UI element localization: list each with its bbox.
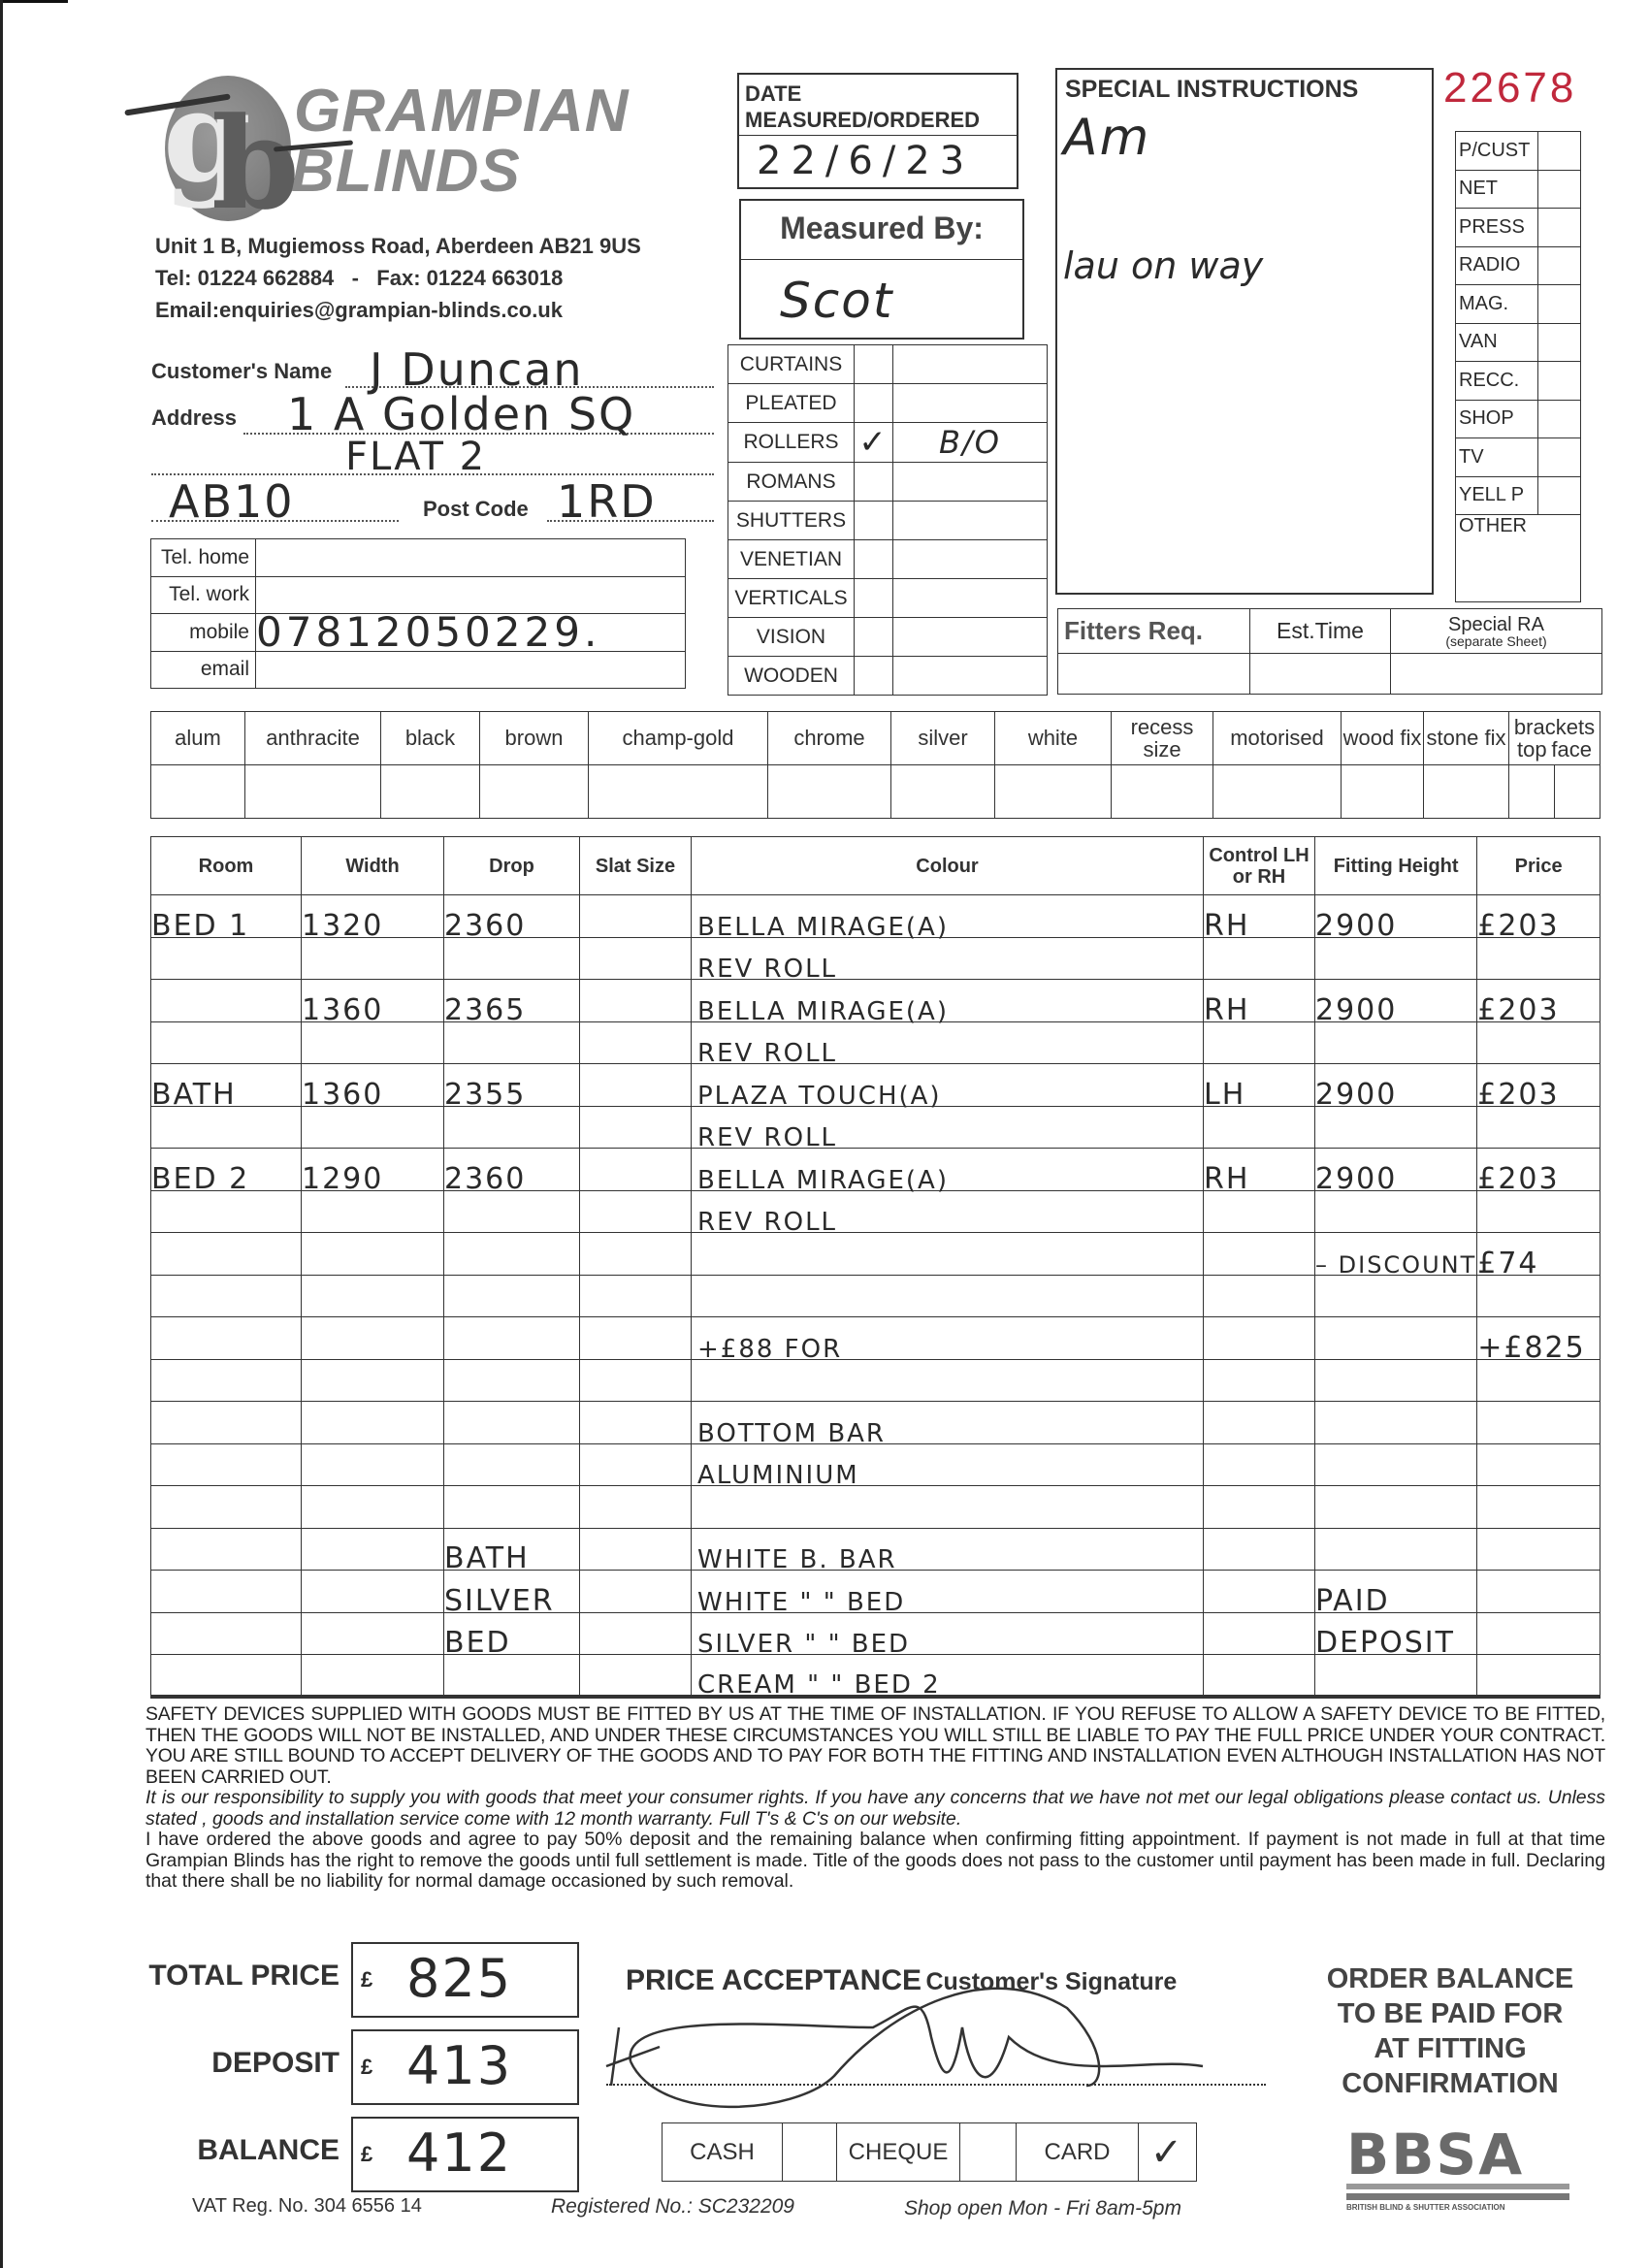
blind-type-note[interactable] (893, 384, 1048, 423)
lead-source-row[interactable]: RADIO (1456, 246, 1581, 285)
blind-type-check[interactable] (855, 502, 893, 540)
cell-slat-size[interactable] (580, 1106, 692, 1149)
blind-type-check[interactable] (855, 384, 893, 423)
cell-colour[interactable] (692, 1486, 1204, 1529)
blind-type-check[interactable] (855, 463, 893, 502)
cell-width[interactable] (302, 1359, 444, 1402)
payment-cheque-checkbox[interactable] (960, 2123, 1017, 2182)
cell-room[interactable] (151, 980, 302, 1022)
cell-text: REV ROLL (697, 1039, 837, 1068)
lead-source-row[interactable]: TV (1456, 438, 1581, 477)
postcode-value[interactable]: 1RD (557, 475, 657, 528)
cell-control[interactable]: LH (1204, 1064, 1315, 1107)
blind-type-row[interactable]: SHUTTERS (728, 502, 1048, 540)
cell-fitting-height[interactable] (1315, 937, 1477, 980)
vat-number: VAT Reg. No. 304 6556 14 (192, 2195, 422, 2218)
bbsa-stripe-icon (1346, 2193, 1569, 2200)
cell-price[interactable]: £203 (1477, 895, 1600, 938)
cell-room[interactable] (151, 1359, 302, 1402)
cell-colour[interactable]: REV ROLL (692, 1190, 1204, 1233)
cell-text: 2900 (1315, 909, 1397, 943)
cell-control[interactable] (1204, 1021, 1315, 1064)
table-row (151, 1486, 1600, 1529)
cell-room[interactable] (151, 1275, 302, 1317)
cell-slat-size[interactable] (580, 1528, 692, 1571)
cell-room[interactable] (151, 1486, 302, 1529)
cell-price[interactable] (1477, 1443, 1600, 1486)
lead-source-row[interactable]: YELL P (1456, 476, 1581, 515)
cell-text: £203 (1477, 909, 1559, 943)
blind-type-check[interactable] (855, 657, 893, 696)
lead-source-row[interactable]: RECC. (1456, 362, 1581, 401)
cell-control[interactable] (1204, 1443, 1315, 1486)
blind-type-row[interactable]: ROLLERS✓B/O (728, 423, 1048, 463)
cell-text: £74 (1477, 1247, 1538, 1280)
cell-room[interactable] (151, 1571, 302, 1613)
option-header: motorised (1213, 712, 1342, 765)
lead-source-other[interactable]: OTHER (1456, 515, 1581, 602)
cell-width[interactable] (302, 1571, 444, 1613)
cell-slat-size[interactable] (580, 1275, 692, 1317)
cell-fitting-height[interactable] (1315, 1359, 1477, 1402)
blind-type-label: PLEATED (728, 384, 855, 423)
cell-text: RH (1204, 993, 1249, 1027)
option-value-cell[interactable] (1213, 765, 1342, 819)
cell-colour[interactable]: REV ROLL (692, 1021, 1204, 1064)
order-balance-line: ORDER BALANCE (1300, 1961, 1600, 1996)
cell-text: WHITE " " BED (697, 1588, 905, 1617)
lead-source-row[interactable]: SHOP (1456, 400, 1581, 438)
cell-slat-size[interactable] (580, 1612, 692, 1655)
cell-width[interactable] (302, 1402, 444, 1444)
payment-cash-checkbox[interactable] (783, 2123, 837, 2182)
cell-price[interactable] (1477, 1655, 1600, 1698)
cell-control[interactable] (1204, 1275, 1315, 1317)
cell-drop[interactable] (444, 937, 580, 980)
cell-price[interactable]: +£825 (1477, 1317, 1600, 1360)
cell-control[interactable] (1204, 1317, 1315, 1360)
table-row: 13602365BELLA MIRAGE(A)RH2900£203 (151, 980, 1600, 1022)
cell-drop[interactable]: BED (444, 1612, 580, 1655)
cell-control[interactable] (1204, 937, 1315, 980)
cell-text: BOTTOM BAR (697, 1419, 886, 1448)
cell-colour[interactable]: +£88 FOR (692, 1317, 1204, 1360)
cell-slat-size[interactable] (580, 937, 692, 980)
date-box: DATE MEASURED/ORDERED 22/6/23 (737, 73, 1018, 189)
option-value-cell[interactable] (480, 765, 589, 819)
cell-fitting-height[interactable]: 2900 (1315, 980, 1477, 1022)
special-ra-label: Special RA (1391, 615, 1601, 634)
cell-control[interactable] (1204, 1655, 1315, 1698)
date-value[interactable]: 22/6/23 (757, 139, 974, 183)
cell-text: BATH (444, 1541, 530, 1575)
logo-name-line2: BLINDS (291, 142, 521, 202)
cell-fitting-height[interactable] (1315, 1528, 1477, 1571)
payment-card-checkbox[interactable]: ✓ (1139, 2123, 1197, 2182)
cell-room[interactable] (151, 1106, 302, 1149)
total-price-value: 825 (406, 1948, 512, 2009)
cell-drop[interactable] (444, 1233, 580, 1276)
cell-colour[interactable]: BELLA MIRAGE(A) (692, 895, 1204, 938)
cell-width[interactable]: 1290 (302, 1149, 444, 1191)
col-room: Room (151, 837, 302, 895)
cell-room[interactable] (151, 937, 302, 980)
address-line1-value[interactable]: 1 A Golden SQ (287, 388, 635, 440)
blind-type-note[interactable] (893, 618, 1048, 657)
cell-control[interactable]: RH (1204, 1149, 1315, 1191)
cell-width[interactable]: 1360 (302, 980, 444, 1022)
contact-label: Tel. work (151, 576, 256, 614)
blind-type-label: VENETIAN (728, 540, 855, 579)
registered-number: Registered No.: SC232209 (551, 2195, 794, 2219)
lead-source-checkbox[interactable] (1538, 400, 1581, 438)
option-header: alum (151, 712, 245, 765)
blind-type-note[interactable] (893, 579, 1048, 618)
blind-type-row[interactable]: CURTAINS (728, 345, 1048, 384)
lead-source-row[interactable]: MAG. (1456, 285, 1581, 324)
option-value-cell[interactable] (768, 765, 891, 819)
measured-by-box: Measured By: Scot (739, 199, 1024, 340)
blind-type-row[interactable]: VISION (728, 618, 1048, 657)
lead-source-checkbox[interactable] (1538, 285, 1581, 324)
cell-price[interactable]: £203 (1477, 980, 1600, 1022)
cell-room[interactable] (151, 1528, 302, 1571)
date-label-line1: DATE (745, 81, 980, 107)
cell-text: SILVER " " BED (697, 1630, 910, 1659)
cell-drop[interactable]: 2360 (444, 895, 580, 938)
blind-type-check[interactable]: ✓ (855, 423, 893, 463)
cell-colour[interactable]: REV ROLL (692, 1106, 1204, 1149)
lead-source-checkbox[interactable] (1538, 209, 1581, 247)
contact-row[interactable]: mobile07812050229. (151, 614, 686, 652)
cell-price[interactable] (1477, 1571, 1600, 1613)
cell-slat-size[interactable] (580, 1233, 692, 1276)
total-price-box[interactable]: £ 825 (351, 1942, 579, 2018)
cell-control[interactable] (1204, 1486, 1315, 1529)
option-value-cell[interactable] (589, 765, 768, 819)
cell-drop[interactable] (444, 1443, 580, 1486)
cell-price[interactable]: £74 (1477, 1233, 1600, 1276)
cell-colour[interactable]: BOTTOM BAR (692, 1402, 1204, 1444)
cell-colour[interactable]: CREAM " " BED 2 (692, 1655, 1204, 1698)
cell-colour[interactable] (692, 1233, 1204, 1276)
cell-control[interactable] (1204, 1233, 1315, 1276)
cell-control[interactable] (1204, 1402, 1315, 1444)
balance-value: 412 (406, 2122, 512, 2184)
cell-width[interactable] (302, 1233, 444, 1276)
cell-room[interactable] (151, 1021, 302, 1064)
option-value-cell[interactable] (891, 765, 995, 819)
lead-source-checkbox[interactable] (1538, 438, 1581, 477)
cell-price[interactable] (1477, 1106, 1600, 1149)
col-slat-size: Slat Size (580, 837, 692, 895)
cell-room[interactable]: BED 1 (151, 895, 302, 938)
date-label-line2: MEASURED/ORDERED (745, 107, 980, 133)
special-ra-value[interactable] (1391, 654, 1602, 695)
lead-source-row[interactable]: PRESS (1456, 209, 1581, 247)
table-row: BOTTOM BAR (151, 1402, 1600, 1444)
cell-price[interactable]: £203 (1477, 1064, 1600, 1107)
cell-width[interactable] (302, 1528, 444, 1571)
cell-slat-size[interactable] (580, 1571, 692, 1613)
cell-fitting-height[interactable]: 2900 (1315, 1149, 1477, 1191)
special-instructions-line2: lau on way (1063, 244, 1263, 287)
lead-source-checkbox[interactable] (1538, 362, 1581, 401)
cell-fitting-height[interactable]: 2900 (1315, 1064, 1477, 1107)
cell-colour[interactable]: BELLA MIRAGE(A) (692, 980, 1204, 1022)
fitters-table: Fitters Req. Est.Time Special RA (separa… (1057, 608, 1602, 695)
cell-fitting-height[interactable] (1315, 1106, 1477, 1149)
terms-text: SAFETY DEVICES SUPPLIED WITH GOODS MUST … (145, 1704, 1605, 1893)
cell-text: BELLA MIRAGE(A) (697, 1166, 949, 1195)
option-value-cell[interactable] (995, 765, 1112, 819)
cell-slat-size[interactable] (580, 1443, 692, 1486)
cell-width[interactable]: 1320 (302, 895, 444, 938)
cell-control[interactable] (1204, 1190, 1315, 1233)
cell-width[interactable] (302, 1106, 444, 1149)
cell-drop[interactable] (444, 1655, 580, 1698)
cell-width[interactable] (302, 1275, 444, 1317)
cell-price[interactable] (1477, 1359, 1600, 1402)
contact-row[interactable]: Tel. home (151, 539, 686, 577)
cell-width[interactable] (302, 1443, 444, 1486)
cell-drop[interactable]: 2365 (444, 980, 580, 1022)
blind-type-label: ROMANS (728, 463, 855, 502)
cell-width[interactable] (302, 1190, 444, 1233)
special-ra-note: (separate Sheet) (1391, 634, 1601, 648)
lead-source-label: RADIO (1456, 246, 1538, 285)
cell-control[interactable] (1204, 1106, 1315, 1149)
cell-control[interactable]: RH (1204, 980, 1315, 1022)
measured-by-value[interactable]: Scot (780, 273, 893, 329)
cell-fitting-height[interactable] (1315, 1486, 1477, 1529)
brackets-header: bracketstopface (1509, 712, 1600, 765)
cell-control[interactable] (1204, 1359, 1315, 1402)
cell-drop[interactable] (444, 1190, 580, 1233)
cell-fitting-height[interactable] (1315, 1190, 1477, 1233)
cell-price[interactable] (1477, 1612, 1600, 1655)
cell-fitting-height[interactable]: DEPOSIT (1315, 1612, 1477, 1655)
cell-fitting-height[interactable] (1315, 1317, 1477, 1360)
cell-fitting-height[interactable]: 2900 (1315, 895, 1477, 938)
cell-colour[interactable]: REV ROLL (692, 937, 1204, 980)
table-row: BATH13602355PLAZA TOUCH(A)LH2900£203 (151, 1064, 1600, 1107)
cell-slat-size[interactable] (580, 1486, 692, 1529)
cell-fitting-height[interactable] (1315, 1443, 1477, 1486)
blind-type-note[interactable] (893, 345, 1048, 384)
cell-slat-size[interactable] (580, 1149, 692, 1191)
cell-slat-size[interactable] (580, 1655, 692, 1698)
cell-slat-size[interactable] (580, 980, 692, 1022)
brackets-top-cell[interactable] (1509, 765, 1555, 819)
cell-width[interactable] (302, 1486, 444, 1529)
cell-drop[interactable] (444, 1317, 580, 1360)
option-header: stone fix (1424, 712, 1509, 765)
cell-slat-size[interactable] (580, 1359, 692, 1402)
blind-type-check[interactable] (855, 618, 893, 657)
blind-types-table: CURTAINS PLEATED ROLLERS✓B/O ROMANS SHUT… (727, 344, 1048, 696)
lead-source-row[interactable]: P/CUST (1456, 132, 1581, 171)
cell-drop[interactable] (444, 1402, 580, 1444)
special-instructions-box[interactable]: SPECIAL INSTRUCTIONS Am lau on way (1055, 68, 1434, 595)
cell-text: PAID (1315, 1584, 1390, 1618)
order-balance-line: TO BE PAID FOR (1300, 1996, 1600, 2031)
cell-room[interactable] (151, 1233, 302, 1276)
cell-price[interactable]: £203 (1477, 1149, 1600, 1191)
balance-box[interactable]: £ 412 (351, 2117, 579, 2192)
table-row: BEDSILVER " " BEDDEPOSIT (151, 1612, 1600, 1655)
table-row: +£88 FOR+£825 (151, 1317, 1600, 1360)
cell-width[interactable] (302, 1317, 444, 1360)
cell-drop[interactable] (444, 1275, 580, 1317)
cell-room[interactable]: BED 2 (151, 1149, 302, 1191)
address-line3-value[interactable]: AB10 (169, 475, 295, 528)
cell-text: BELLA MIRAGE(A) (697, 913, 949, 942)
cell-drop[interactable]: BATH (444, 1528, 580, 1571)
cell-room[interactable]: BATH (151, 1064, 302, 1107)
deposit-value: 413 (406, 2035, 512, 2096)
cell-room[interactable] (151, 1443, 302, 1486)
cell-room[interactable] (151, 1402, 302, 1444)
blind-type-note[interactable]: B/O (893, 423, 1048, 463)
cell-room[interactable] (151, 1612, 302, 1655)
table-row: ALUMINIUM (151, 1443, 1600, 1486)
cell-drop[interactable] (444, 1486, 580, 1529)
cell-text: DEPOSIT (1315, 1626, 1455, 1660)
option-value-cell[interactable] (245, 765, 381, 819)
lead-source-checkbox[interactable] (1538, 170, 1581, 209)
cell-room[interactable] (151, 1655, 302, 1698)
cell-colour[interactable]: WHITE B. BAR (692, 1528, 1204, 1571)
blind-type-row[interactable]: VENETIAN (728, 540, 1048, 579)
cell-drop[interactable]: 2360 (444, 1149, 580, 1191)
option-header: wood fix (1342, 712, 1424, 765)
cell-drop[interactable] (444, 1359, 580, 1402)
col-price: Price (1477, 837, 1600, 895)
cell-slat-size[interactable] (580, 1317, 692, 1360)
cell-price[interactable] (1477, 1021, 1600, 1064)
cell-colour[interactable]: PLAZA TOUCH(A) (692, 1064, 1204, 1107)
cell-room[interactable] (151, 1317, 302, 1360)
lead-source-row[interactable]: NET (1456, 170, 1581, 209)
blind-type-row[interactable]: ROMANS (728, 463, 1048, 502)
deposit-box[interactable]: £ 413 (351, 2029, 579, 2105)
cell-fitting-height[interactable]: – DISCOUNT (1315, 1233, 1477, 1276)
lead-source-checkbox[interactable] (1538, 246, 1581, 285)
lead-source-checkbox[interactable] (1538, 323, 1581, 362)
mobile-field[interactable]: 07812050229. (256, 614, 686, 652)
lead-source-checkbox[interactable] (1538, 132, 1581, 171)
cell-price[interactable] (1477, 1190, 1600, 1233)
cell-text: 2360 (444, 1162, 526, 1196)
contact-table: Tel. home Tel. work mobile07812050229. e… (150, 538, 686, 689)
cell-slat-size[interactable] (580, 1021, 692, 1064)
cell-width[interactable] (302, 1655, 444, 1698)
cell-colour[interactable]: WHITE " " BED (692, 1571, 1204, 1613)
blind-type-note[interactable] (893, 463, 1048, 502)
cell-colour[interactable] (692, 1275, 1204, 1317)
cell-width[interactable] (302, 1612, 444, 1655)
brackets-face-cell[interactable] (1555, 765, 1600, 819)
cell-text: £203 (1477, 1162, 1559, 1196)
pound-icon: £ (361, 2142, 372, 2167)
option-value-cell[interactable] (381, 765, 480, 819)
cell-slat-size[interactable] (580, 895, 692, 938)
option-value-cell[interactable] (1112, 765, 1213, 819)
cell-price[interactable] (1477, 1486, 1600, 1529)
cell-colour[interactable] (692, 1359, 1204, 1402)
cell-room[interactable] (151, 1190, 302, 1233)
cell-control[interactable]: RH (1204, 895, 1315, 938)
cell-fitting-height[interactable] (1315, 1402, 1477, 1444)
blind-type-row[interactable]: VERTICALS (728, 579, 1048, 618)
cell-text: RH (1204, 1162, 1249, 1196)
email-field[interactable] (256, 651, 686, 689)
cell-drop[interactable] (444, 1021, 580, 1064)
blind-type-note[interactable] (893, 502, 1048, 540)
col-width: Width (302, 837, 444, 895)
consumer-rights-notice: It is our responsibility to supply you w… (145, 1788, 1605, 1830)
cell-fitting-height[interactable]: PAID (1315, 1571, 1477, 1613)
company-email: Email:enquiries@grampian-blinds.co.uk (155, 298, 563, 323)
option-value-cell[interactable] (1342, 765, 1424, 819)
cell-price[interactable] (1477, 1402, 1600, 1444)
blind-type-row[interactable]: WOODEN (728, 657, 1048, 696)
cell-slat-size[interactable] (580, 1190, 692, 1233)
tel-home-field[interactable] (256, 539, 686, 577)
cell-fitting-height[interactable] (1315, 1655, 1477, 1698)
cell-drop[interactable]: 2355 (444, 1064, 580, 1107)
cell-drop[interactable] (444, 1106, 580, 1149)
cell-colour[interactable]: ALUMINIUM (692, 1443, 1204, 1486)
cell-control[interactable] (1204, 1571, 1315, 1613)
lead-source-row[interactable]: VAN (1456, 323, 1581, 362)
cell-price[interactable] (1477, 937, 1600, 980)
cell-fitting-height[interactable] (1315, 1021, 1477, 1064)
blind-type-note[interactable] (893, 657, 1048, 696)
cell-text: RH (1204, 909, 1249, 943)
cell-colour[interactable]: BELLA MIRAGE(A) (692, 1149, 1204, 1191)
cell-fitting-height[interactable] (1315, 1275, 1477, 1317)
cell-width[interactable]: 1360 (302, 1064, 444, 1107)
option-value-cell[interactable] (151, 765, 245, 819)
option-value-cell[interactable] (1424, 765, 1509, 819)
cell-drop[interactable]: SILVER (444, 1571, 580, 1613)
cell-width[interactable] (302, 937, 444, 980)
blind-type-row[interactable]: PLEATED (728, 384, 1048, 423)
cell-control[interactable] (1204, 1612, 1315, 1655)
contact-row[interactable]: email (151, 651, 686, 689)
cell-width[interactable] (302, 1021, 444, 1064)
table-row: – DISCOUNT£74 (151, 1233, 1600, 1276)
cell-slat-size[interactable] (580, 1064, 692, 1107)
cell-text: WHITE B. BAR (697, 1545, 897, 1574)
blind-type-check[interactable] (855, 579, 893, 618)
cell-slat-size[interactable] (580, 1402, 692, 1444)
lead-source-checkbox[interactable] (1538, 476, 1581, 515)
est-time-value[interactable] (1250, 654, 1391, 695)
contact-label: mobile (151, 614, 256, 652)
address-line2-value[interactable]: FLAT 2 (345, 435, 486, 479)
blind-type-note[interactable] (893, 540, 1048, 579)
cell-colour[interactable]: SILVER " " BED (692, 1612, 1204, 1655)
blind-type-check[interactable] (855, 540, 893, 579)
cell-control[interactable] (1204, 1528, 1315, 1571)
cell-price[interactable] (1477, 1275, 1600, 1317)
fitters-req-value[interactable] (1058, 654, 1250, 695)
cell-price[interactable] (1477, 1528, 1600, 1571)
blind-type-check[interactable] (855, 345, 893, 384)
